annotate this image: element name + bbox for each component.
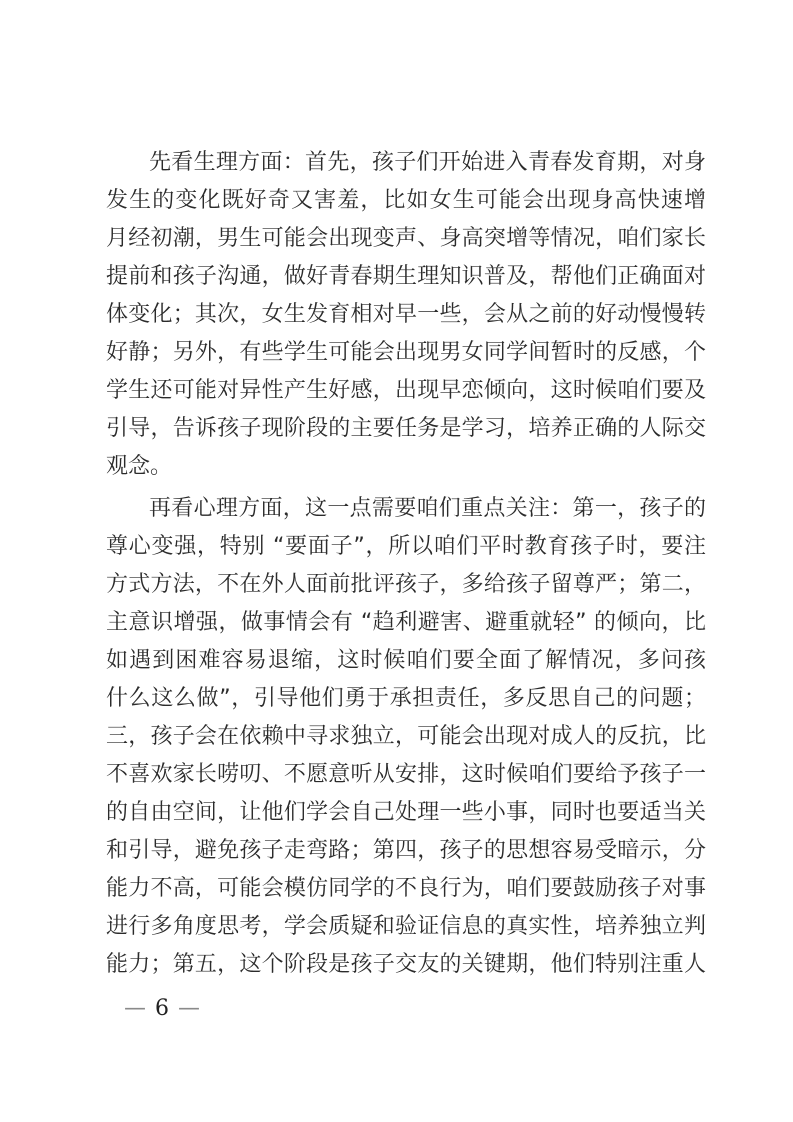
- text-line: 引导，告诉孩子现阶段的主要任务是学习，培养正确的人际交往: [106, 410, 706, 448]
- text-line: 三，孩子会在依赖中寻求独立，可能会出现对成人的反抗，比如: [106, 718, 706, 756]
- text-line: 月经初潮，男生可能会出现变声、身高突增等情况，咱们家长要: [106, 220, 706, 258]
- text-line: 先看生理方面：首先，孩子们开始进入青春发育期，对身体: [106, 144, 706, 182]
- document-page: 先看生理方面：首先，孩子们开始进入青春发育期，对身体 发生的变化既好奇又害羞，比…: [0, 0, 793, 1122]
- text-line: 和引导，避免孩子走弯路；第四，孩子的思想容易受暗示，分辨: [106, 832, 706, 870]
- text-line: 发生的变化既好奇又害羞，比如女生可能会出现身高快速增长、: [106, 182, 706, 220]
- footer-dash-right: —: [178, 996, 200, 1021]
- footer-page-number: 6: [155, 996, 169, 1021]
- text-line: 学生还可能对异性产生好感，出现早恋倾向，这时候咱们要及时: [106, 372, 706, 410]
- paragraph-psychology: 再看心理方面，这一点需要咱们重点关注：第一，孩子的自 尊心变强，特别 “要面子”…: [106, 490, 706, 984]
- text-line: 主意识增强，做事情会有 “趋利避害、避重就轻” 的倾向，比: [106, 604, 706, 642]
- body-text: 先看生理方面：首先，孩子们开始进入青春发育期，对身体 发生的变化既好奇又害羞，比…: [106, 144, 706, 988]
- footer-dash-left: —: [124, 996, 146, 1021]
- text-line: 不喜欢家长唠叨、不愿意听从安排，这时候咱们要给予孩子一定: [106, 756, 706, 794]
- text-line: 能力；第五，这个阶段是孩子交友的关键期，他们特别注重人际: [106, 946, 706, 984]
- paragraph-physiology: 先看生理方面：首先，孩子们开始进入青春发育期，对身体 发生的变化既好奇又害羞，比…: [106, 144, 706, 486]
- text-line: 观念。: [106, 448, 706, 486]
- text-line: 尊心变强，特别 “要面子”，所以咱们平时教育孩子时，要注意: [106, 528, 706, 566]
- text-line: 能力不高，可能会模仿同学的不良行为，咱们要鼓励孩子对事物: [106, 870, 706, 908]
- page-footer: — 6 —: [124, 996, 200, 1021]
- text-line: 的自由空间，让他们学会自己处理一些小事，同时也要适当关注: [106, 794, 706, 832]
- text-line: 如遇到困难容易退缩，这时候咱们要全面了解情况，多问孩子“为: [106, 642, 706, 680]
- text-line: 方式方法，不在外人面前批评孩子，多给孩子留尊严；第二，自: [106, 566, 706, 604]
- text-line: 提前和孩子沟通，做好青春期生理知识普及，帮他们正确面对身: [106, 258, 706, 296]
- text-line: 体变化；其次，女生发育相对早一些，会从之前的好动慢慢转为: [106, 296, 706, 334]
- text-line: 再看心理方面，这一点需要咱们重点关注：第一，孩子的自: [106, 490, 706, 528]
- text-line: 什么这么做”，引导他们勇于承担责任，多反思自己的问题；第: [106, 680, 706, 718]
- text-line: 好静；另外，有些学生可能会出现男女同学间暂时的反感，个别: [106, 334, 706, 372]
- text-line: 进行多角度思考，学会质疑和验证信息的真实性，培养独立判断: [106, 908, 706, 946]
